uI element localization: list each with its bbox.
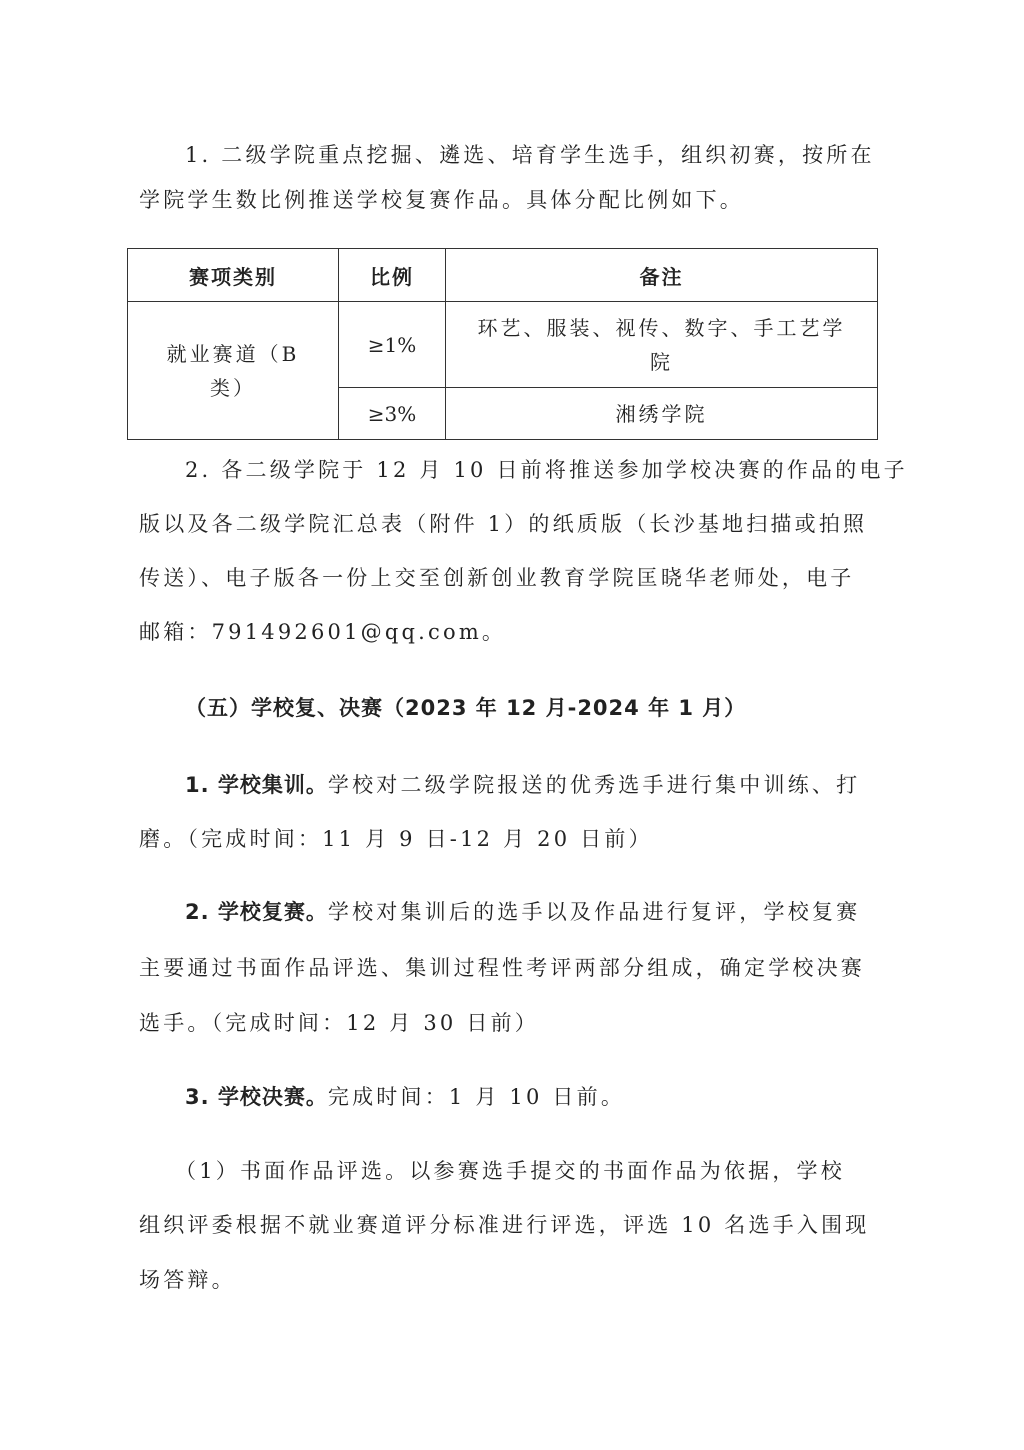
- note-cell: 湘绣学院: [446, 388, 878, 440]
- ratio-cell: ≥3%: [339, 388, 446, 440]
- semifinal-line3: 选手。（完成时间：12 月 30 日前）: [139, 1008, 539, 1038]
- note-line1: 湘绣学院: [616, 397, 708, 431]
- semifinal-line1: 2. 学校复赛。学校对集训后的选手以及作品进行复评，学校复赛: [185, 897, 860, 927]
- item2-line4: 邮箱：791492601@qq.com。: [139, 617, 506, 647]
- header-ratio: 比例: [339, 249, 446, 302]
- written-review-line2: 组织评委根据不就业赛道评分标准进行评选，评选 10 名选手入围现: [139, 1210, 869, 1240]
- ratio-cell: ≥1%: [339, 302, 446, 388]
- section-five-heading: （五）学校复、决赛（2023 年 12 月-2024 年 1 月）: [185, 693, 746, 723]
- final-text: 完成时间：1 月 10 日前。: [328, 1085, 625, 1109]
- table-row: 就业赛道（B 类） ≥1% 环艺、服装、视传、数字、手工艺学 院: [128, 302, 878, 388]
- item2-line2: 版以及各二级学院汇总表（附件 1）的纸质版（长沙基地扫描或拍照: [139, 509, 867, 539]
- item2-line3: 传送）、电子版各一份上交至创新创业教育学院匡晓华老师处，电子: [139, 563, 855, 593]
- note-line1: 环艺、服装、视传、数字、手工艺学: [478, 311, 846, 345]
- header-note: 备注: [446, 249, 878, 302]
- category-line2: 类）: [210, 371, 256, 405]
- semifinal-title: 2. 学校复赛。: [185, 900, 328, 924]
- category-cell: 就业赛道（B 类）: [128, 302, 339, 440]
- semifinal-line2: 主要通过书面作品评选、集训过程性考评两部分组成，确定学校决赛: [139, 953, 865, 983]
- semifinal-text: 学校对集训后的选手以及作品进行复评，学校复赛: [328, 900, 860, 924]
- note-cell: 环艺、服装、视传、数字、手工艺学 院: [446, 302, 878, 388]
- table-header-row: 赛项类别 比例 备注: [128, 249, 878, 302]
- category-line1: 就业赛道（B: [167, 337, 300, 371]
- training-title: 1. 学校集训。: [185, 773, 328, 797]
- final-title: 3. 学校决赛。: [185, 1085, 328, 1109]
- header-category: 赛项类别: [128, 249, 339, 302]
- final-line1: 3. 学校决赛。完成时间：1 月 10 日前。: [185, 1082, 625, 1112]
- training-line2: 磨。（完成时间：11 月 9 日-12 月 20 日前）: [139, 824, 653, 854]
- item1-line1: 1. 二级学院重点挖掘、遴选、培育学生选手，组织初赛，按所在: [185, 140, 875, 170]
- ratio-table: 赛项类别 比例 备注 就业赛道（B 类） ≥1% 环艺、服装、视传、数字、手工艺…: [127, 248, 878, 440]
- item1-line2: 学院学生数比例推送学校复赛作品。具体分配比例如下。: [139, 185, 744, 215]
- written-review-line1: （1）书面作品评选。以参赛选手提交的书面作品为依据，学校: [175, 1156, 845, 1186]
- item2-line1: 2. 各二级学院于 12 月 10 日前将推送参加学校决赛的作品的电子: [185, 455, 908, 485]
- written-review-line3: 场答辩。: [139, 1265, 236, 1295]
- note-line2: 院: [650, 345, 673, 379]
- training-line1: 1. 学校集训。学校对二级学院报送的优秀选手进行集中训练、打: [185, 770, 860, 800]
- training-text: 学校对二级学院报送的优秀选手进行集中训练、打: [328, 773, 860, 797]
